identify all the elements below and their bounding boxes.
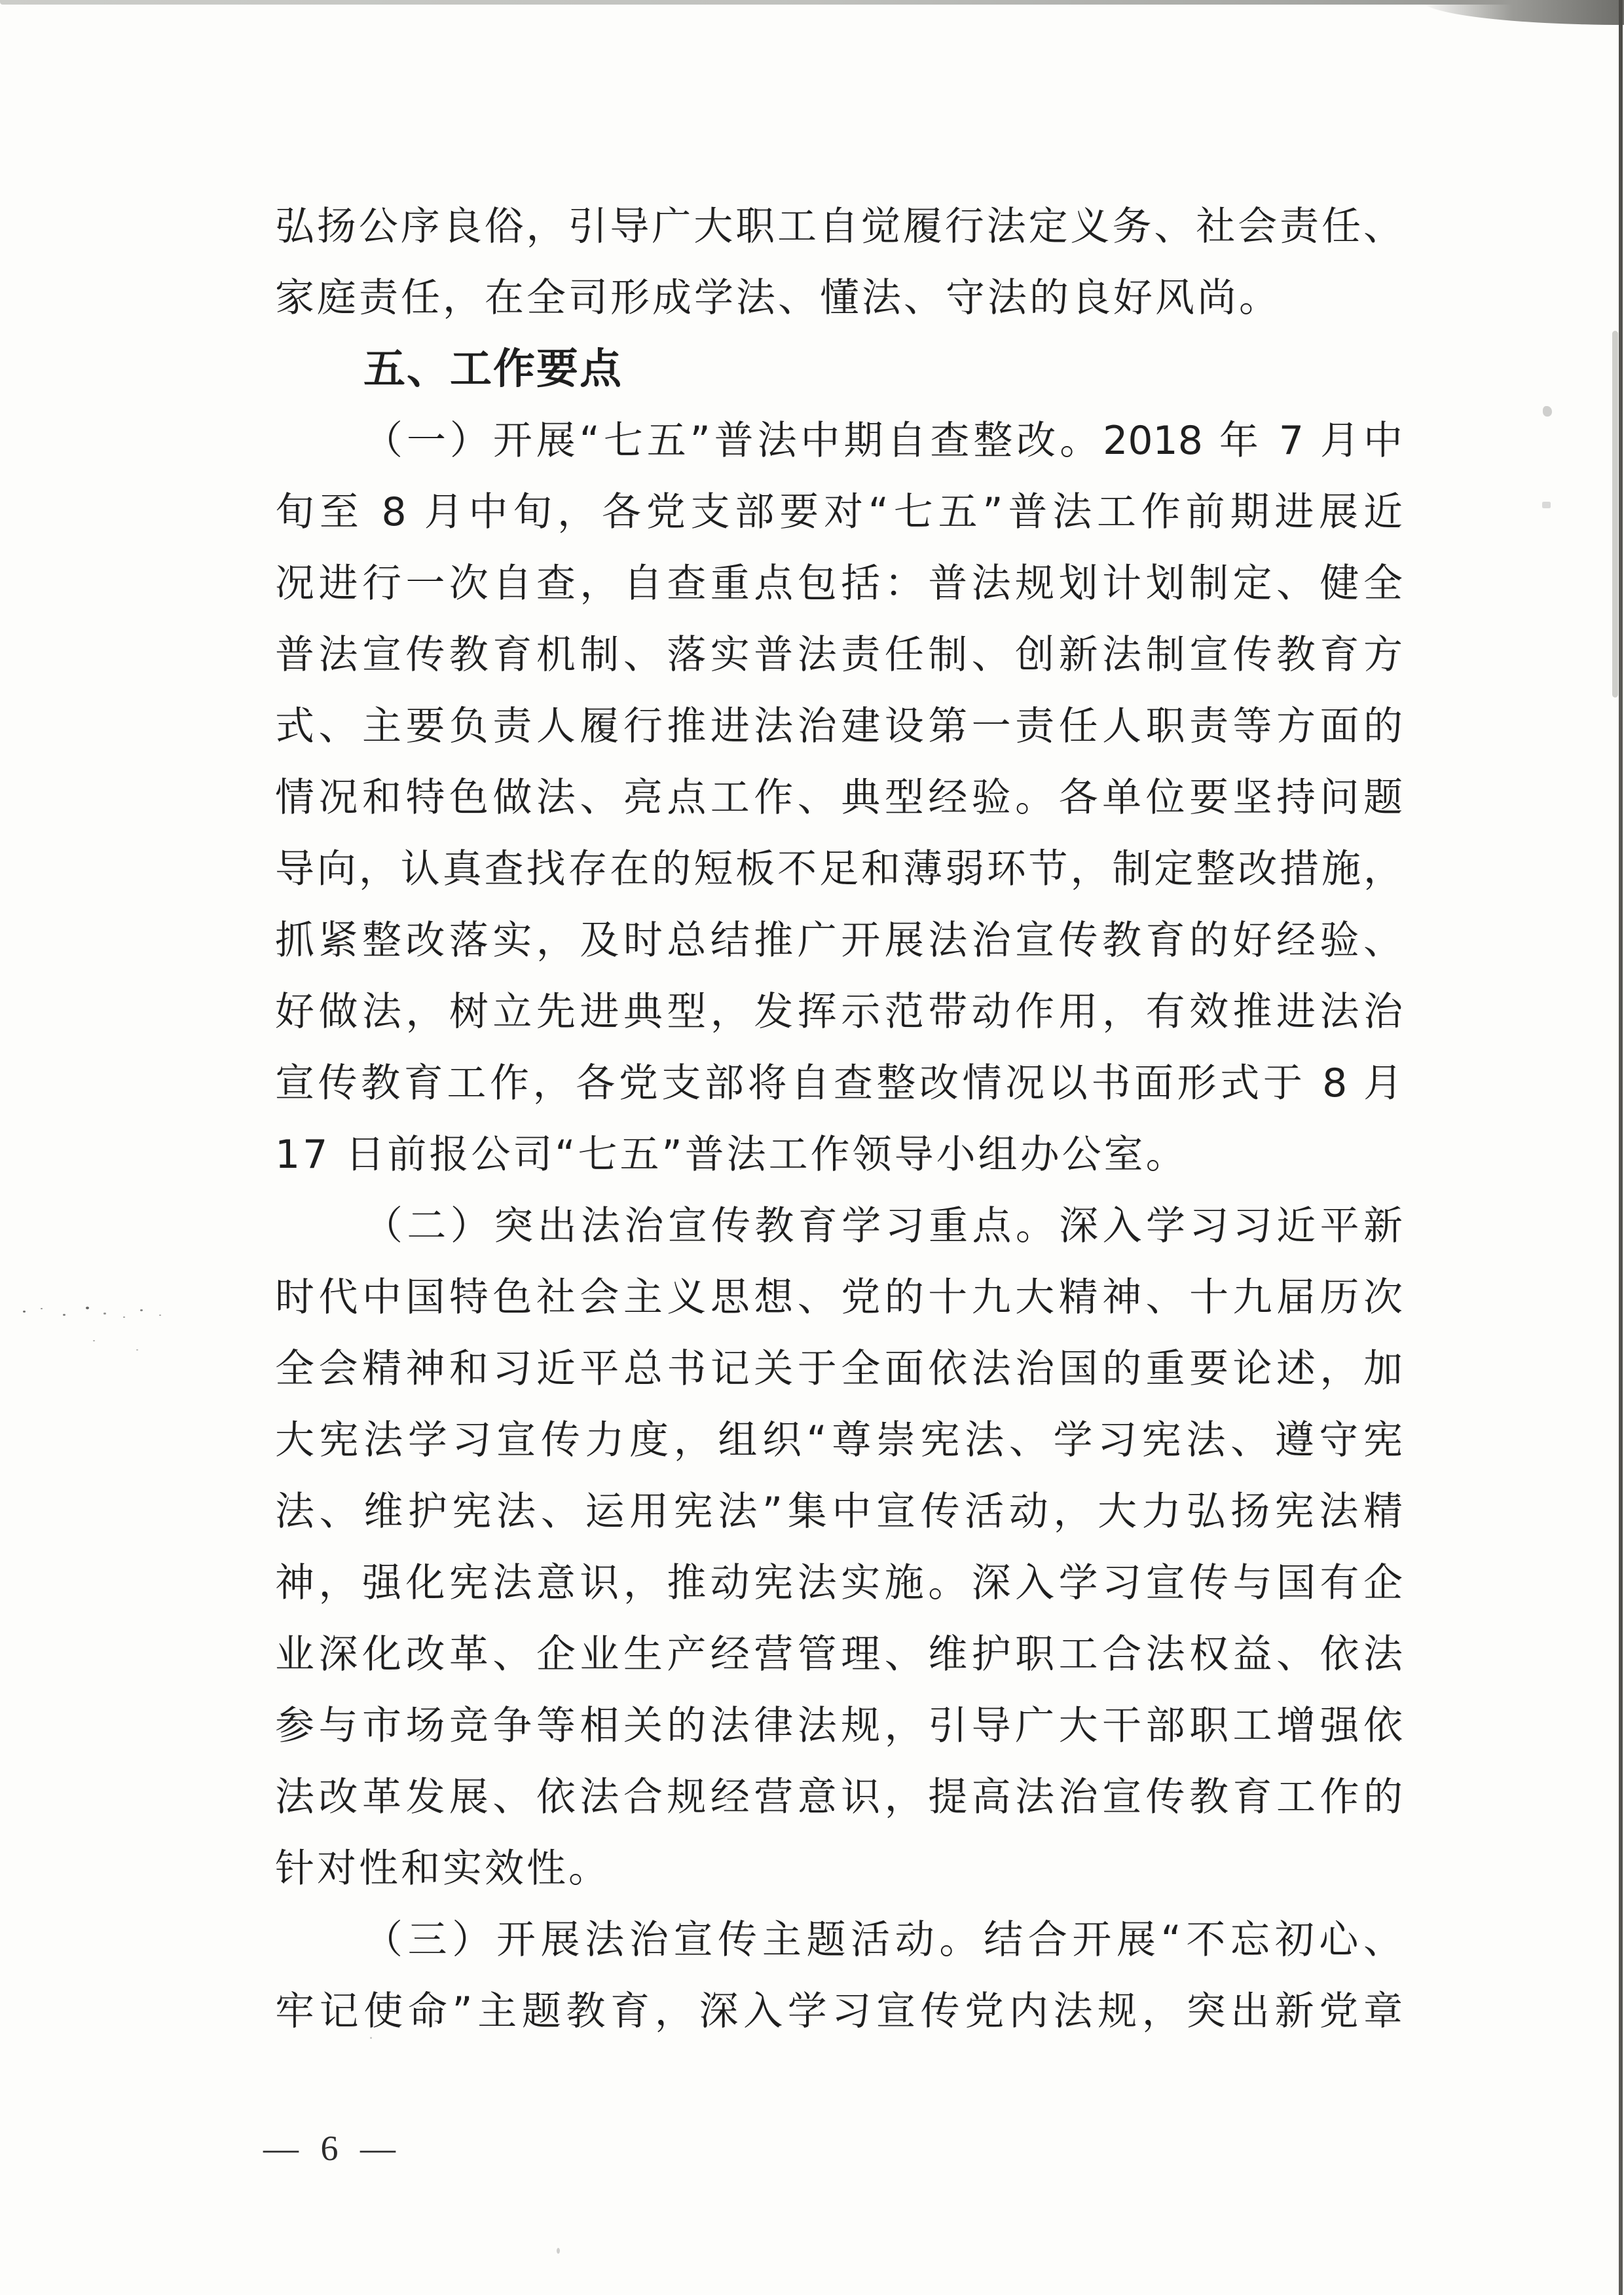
scan-noise-speck bbox=[1542, 502, 1551, 508]
scan-noise-speck bbox=[23, 1311, 26, 1313]
scan-noise-speck bbox=[557, 2248, 560, 2254]
text-line: 牢记使命”主题教育，深入学习宣传党内法规，突出新党章 bbox=[275, 1976, 1403, 2047]
scan-noise-speck bbox=[159, 1315, 161, 1316]
scan-noise-speck bbox=[140, 1309, 143, 1311]
text-line: （三）开展法治宣传主题活动。结合开展“不忘初心、 bbox=[275, 1905, 1403, 1976]
scan-noise-speck bbox=[63, 1314, 65, 1316]
page-number: — 6 — bbox=[263, 2122, 402, 2174]
text-line: 时代中国特色社会主义思想、党的十九大精神、十九届历次 bbox=[275, 1262, 1403, 1334]
text-line: 家庭责任，在全司形成学法、懂法、守法的良好风尚。 bbox=[275, 263, 1403, 334]
scan-corner-smudge bbox=[1421, 0, 1624, 25]
text-line: 式、主要负责人履行推进法治建设第一责任人职责等方面的 bbox=[275, 691, 1403, 762]
scan-noise-speck bbox=[1543, 406, 1552, 417]
text-line: 旬至 8 月中旬，各党支部要对“七五”普法工作前期进展近 bbox=[275, 477, 1403, 548]
scan-right-smudge bbox=[1612, 331, 1618, 698]
text-line: （二）突出法治宣传教育学习重点。深入学习习近平新 bbox=[275, 1191, 1403, 1262]
text-line: 业深化改革、企业生产经营管理、维护职工合法权益、依法 bbox=[275, 1619, 1403, 1690]
text-line: 法改革发展、依法合规经营意识，提高法治宣传教育工作的 bbox=[275, 1762, 1403, 1833]
text-line: 况进行一次自查，自查重点包括：普法规划计划制定、健全 bbox=[275, 548, 1403, 620]
scan-edge-top bbox=[0, 0, 1624, 5]
text-line: 全会精神和习近平总书记关于全面依法治国的重要论述，加 bbox=[275, 1334, 1403, 1405]
text-line: 好做法，树立先进典型，发挥示范带动作用，有效推进法治 bbox=[275, 977, 1403, 1048]
text-block: 弘扬公序良俗，引导广大职工自觉履行法定义务、社会责任、家庭责任，在全司形成学法、… bbox=[275, 191, 1403, 2047]
document-page: 弘扬公序良俗，引导广大职工自觉履行法定义务、社会责任、家庭责任，在全司形成学法、… bbox=[0, 0, 1624, 2295]
scan-noise-speck bbox=[86, 1307, 89, 1309]
text-line: 宣传教育工作，各党支部将自查整改情况以书面形式于 8 月 bbox=[275, 1048, 1403, 1119]
text-line: 参与市场竞争等相关的法律法规，引导广大干部职工增强依 bbox=[275, 1690, 1403, 1762]
text-line: 弘扬公序良俗，引导广大职工自觉履行法定义务、社会责任、 bbox=[275, 191, 1403, 263]
text-line: 针对性和实效性。 bbox=[275, 1833, 1403, 1905]
scan-noise-speck bbox=[123, 1316, 125, 1318]
scan-noise-speck bbox=[41, 1308, 43, 1309]
text-line: 大宪法学习宣传力度，组织“尊崇宪法、学习宪法、遵守宪 bbox=[275, 1405, 1403, 1476]
text-line: 普法宣传教育机制、落实普法责任制、创新法制宣传教育方 bbox=[275, 620, 1403, 691]
text-line: 法、维护宪法、运用宪法”集中宣传活动，大力弘扬宪法精 bbox=[275, 1476, 1403, 1548]
text-line: 神，强化宪法意识，推动宪法实施。深入学习宣传与国有企 bbox=[275, 1548, 1403, 1619]
text-line: （一）开展“七五”普法中期自查整改。2018 年 7 月中 bbox=[275, 405, 1403, 477]
section-heading: 五、工作要点 bbox=[275, 334, 1403, 405]
scan-edge-right bbox=[1619, 0, 1623, 2295]
scan-noise-speck bbox=[93, 1340, 95, 1341]
text-line: 导向，认真查找存在的短板不足和薄弱环节，制定整改措施， bbox=[275, 834, 1403, 905]
text-line: 抓紧整改落实，及时总结推广开展法治宣传教育的好经验、 bbox=[275, 905, 1403, 977]
text-line: 17 日前报公司“七五”普法工作领导小组办公室。 bbox=[275, 1119, 1403, 1191]
scan-noise-speck bbox=[103, 1313, 106, 1315]
text-line: 情况和特色做法、亮点工作、典型经验。各单位要坚持问题 bbox=[275, 762, 1403, 834]
scan-noise-speck bbox=[136, 1349, 138, 1351]
